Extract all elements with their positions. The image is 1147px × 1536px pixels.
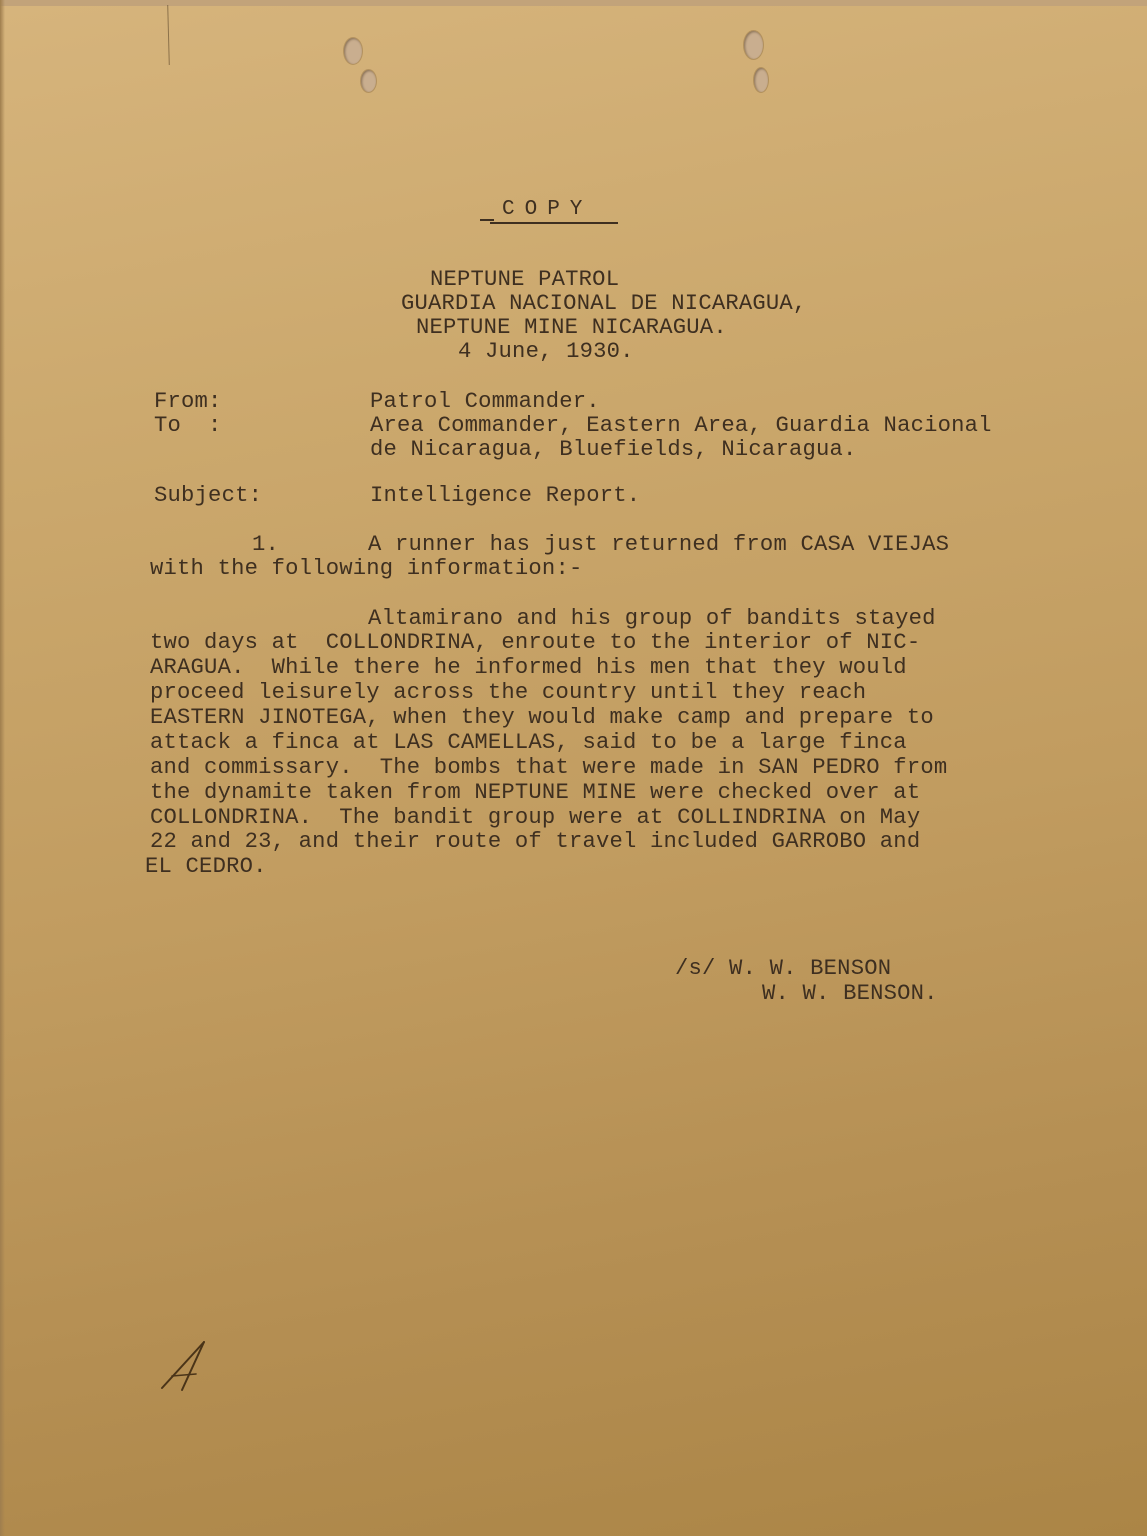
- header-line-3: NEPTUNE MINE NICARAGUA.: [416, 316, 727, 341]
- punch-hole-icon: [344, 38, 362, 64]
- paper-top-edge: [0, 0, 1147, 6]
- to-label: To :: [154, 414, 222, 439]
- header-date: 4 June, 1930.: [458, 340, 634, 365]
- header-line-1: NEPTUNE PATROL: [430, 268, 619, 293]
- document-page: COPY NEPTUNE PATROL GUARDIA NACIONAL DE …: [0, 0, 1147, 1536]
- subject-label: Subject:: [154, 484, 262, 509]
- paragraph-2-line: attack a finca at LAS CAMELLAS, said to …: [150, 731, 907, 756]
- signed-line: /s/ W. W. BENSON: [675, 957, 891, 982]
- subject-value: Intelligence Report.: [370, 484, 640, 509]
- from-label: From:: [154, 390, 222, 415]
- paragraph-2-line: proceed leisurely across the country unt…: [150, 681, 866, 706]
- from-value: Patrol Commander.: [370, 390, 600, 415]
- paragraph-1-line: with the following information:-: [150, 557, 582, 582]
- paper-left-edge: [0, 0, 5, 1536]
- paragraph-2-line: EASTERN JINOTEGA, when they would make c…: [150, 706, 934, 731]
- paragraph-2-line: the dynamite taken from NEPTUNE MINE wer…: [150, 781, 920, 806]
- to-value-line-2: de Nicaragua, Bluefields, Nicaragua.: [370, 438, 857, 463]
- paragraph-1-number: 1.: [252, 533, 279, 558]
- punch-hole-icon: [754, 68, 768, 92]
- paragraph-2-line: and commissary. The bombs that were made…: [150, 756, 947, 781]
- paragraph-2-line: 22 and 23, and their route of travel inc…: [150, 830, 920, 855]
- paragraph-2-line: COLLONDRINA. The bandit group were at CO…: [150, 806, 920, 831]
- paper-crease: [167, 5, 170, 65]
- paragraph-1-line: A runner has just returned from CASA VIE…: [368, 533, 949, 558]
- to-value-line-1: Area Commander, Eastern Area, Guardia Na…: [370, 414, 992, 439]
- header-line-2: GUARDIA NACIONAL DE NICARAGUA,: [401, 292, 806, 317]
- punch-hole-icon: [361, 70, 376, 92]
- typed-name: W. W. BENSON.: [762, 982, 938, 1007]
- copy-mark: COPY: [502, 198, 592, 221]
- paragraph-2-line: two days at COLLONDRINA, enroute to the …: [150, 631, 920, 656]
- paragraph-2-line: EL CEDRO.: [145, 855, 267, 880]
- punch-hole-icon: [744, 31, 763, 59]
- paragraph-2-line: ARAGUA. While there he informed his men …: [150, 656, 907, 681]
- copy-underline: [490, 222, 618, 224]
- handwritten-a-icon: [158, 1336, 218, 1396]
- copy-underline-tick: [480, 219, 494, 221]
- paragraph-2-line: Altamirano and his group of bandits stay…: [368, 607, 936, 632]
